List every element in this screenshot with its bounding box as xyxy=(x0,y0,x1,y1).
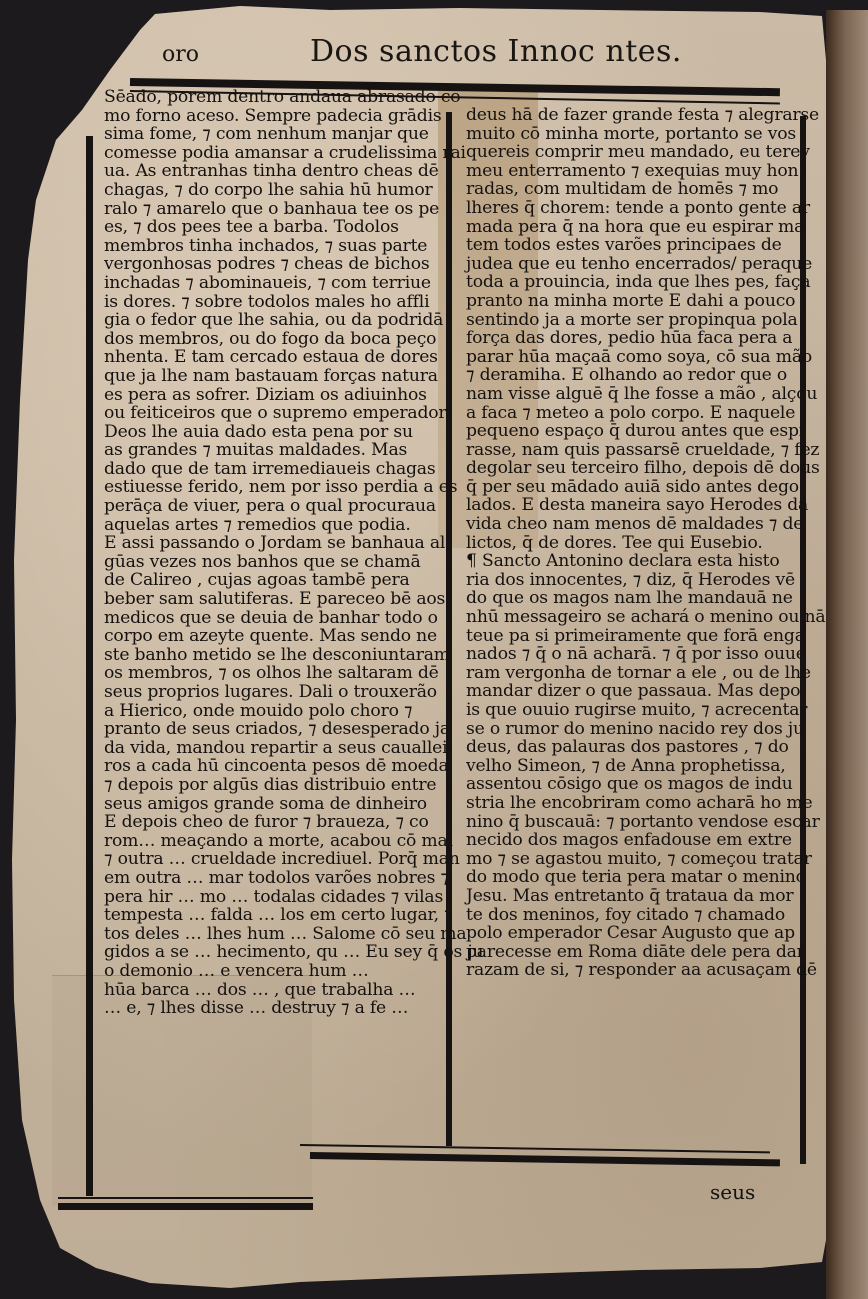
book-page: oro Dos sanctos Innoc ntes. Sēado, porem… xyxy=(0,0,868,1299)
text-line: meu enterramento ⁊ exequias muy hon xyxy=(466,162,791,181)
running-title: Dos sanctos Innoc ntes. xyxy=(310,34,682,69)
text-line: pera hir … mo … todalas cidades ⁊ vilas xyxy=(104,888,444,907)
text-line: vida cheo nam menos dē maldades ⁊ de xyxy=(466,515,791,534)
text-line: te dos meninos, foy citado ⁊ chamado xyxy=(466,906,791,925)
text-line: nhenta. E tam cercado estaua de dores xyxy=(104,348,444,367)
text-line: radas, com multidam de homēs ⁊ mo xyxy=(466,180,791,199)
text-line: deus hā de fazer grande festa ⁊ alegrars… xyxy=(466,106,791,125)
text-line: razam de si, ⁊ responder aa acusaçam dē xyxy=(466,961,791,980)
text-line: … e, ⁊ lhes disse … destruy ⁊ a fe … xyxy=(104,999,444,1018)
text-line: mandar dizer o que passaua. Mas depo xyxy=(466,682,791,701)
text-line: mo forno aceso. Sempre padecia grādis xyxy=(104,107,444,126)
text-line: ros a cada hū cincoenta pesos dē moeda xyxy=(104,757,444,776)
text-line: ua. As entranhas tinha dentro cheas dē xyxy=(104,162,444,181)
text-line: mo ⁊ se agastou muito, ⁊ começou tratar xyxy=(466,850,791,869)
text-line: ⁊ depois por algūs dias distribuio entre xyxy=(104,776,444,795)
text-line: a Hierico, onde mouido polo choro ⁊ xyxy=(104,702,444,721)
text-line: teue pa si primeiramente que forā enga xyxy=(466,627,791,646)
text-line: pranto de seus criados, ⁊ desesperado ja xyxy=(104,720,444,739)
text-line: nam visse alguē q̄ lhe fosse a mão , alç… xyxy=(466,385,791,404)
text-line: os membros, ⁊ os olhos lhe saltaram dē xyxy=(104,664,444,683)
text-line: da vida, mandou repartir a seus cauallei xyxy=(104,739,444,758)
text-line: inchadas ⁊ abominaueis, ⁊ com terriue xyxy=(104,274,444,293)
text-line: ria dos innocentes, ⁊ diz, q̄ Herodes vē xyxy=(466,571,791,590)
text-line: rom… meaçando a morte, acabou cō mal xyxy=(104,832,444,851)
text-line: necido dos magos enfadouse em extre xyxy=(466,831,791,850)
text-line: o demonio … e vencera hum … xyxy=(104,962,444,981)
text-line: gidos a se … hecimento, qu … Eu sey q̄ o… xyxy=(104,943,444,962)
text-line: tos deles … lhes hum … Salome cō seu ma xyxy=(104,925,444,944)
text-line: nhū messageiro se achará o menino ou nā xyxy=(466,608,791,627)
text-line: Sēado, porem dentro andaua abrasado co xyxy=(104,88,444,107)
text-line: sentindo ja a morte ser propinqua pola xyxy=(466,311,791,330)
text-line: E depois cheo de furor ⁊ braueza, ⁊ co xyxy=(104,813,444,832)
text-line: ste banho metido se lhe desconiuntaram xyxy=(104,646,444,665)
text-line: parecesse em Roma diāte dele pera dar xyxy=(466,943,791,962)
text-line: lheres q̄ chorem: tende a ponto gente ar xyxy=(466,199,791,218)
text-line: nino q̄ buscauā: ⁊ portanto vendose esca… xyxy=(466,813,791,832)
text-line: ⁊ outra … crueldade incrediuel. Porq̄ ma… xyxy=(104,850,444,869)
left-border-rule xyxy=(86,136,93,1196)
text-line: medicos que se deuia de banhar todo o xyxy=(104,609,444,628)
text-line: hūa barca … dos … , que trabalha … xyxy=(104,981,444,1000)
text-line: ou feiticeiros que o supremo emperador xyxy=(104,404,444,423)
text-line: seus amigos grande soma de dinheiro xyxy=(104,795,444,814)
text-line: força das dores, pedio hūa faca pera a xyxy=(466,329,791,348)
text-line: gia o fedor que lhe sahia, ou da podridā xyxy=(104,311,444,330)
text-line: Jesu. Mas entretanto q̄ trataua da mor xyxy=(466,887,791,906)
text-line: judea que eu tenho encerrados/ peraque xyxy=(466,255,791,274)
text-line: vergonhosas podres ⁊ cheas de bichos xyxy=(104,255,444,274)
text-line: em outra … mar todolos varões nobres ⁊ xyxy=(104,869,444,888)
text-line: parar hūa maçaā como soya, cō sua mão xyxy=(466,348,791,367)
text-line: que ja lhe nam bastauam forças natura xyxy=(104,367,444,386)
text-line: is que ouuio rugirse muito, ⁊ acrecentar xyxy=(466,701,791,720)
text-line: tem todos estes varões principaes de xyxy=(466,236,791,255)
text-line: pequeno espaço q̄ durou antes que espi xyxy=(466,422,791,441)
text-line: dado que de tam irremediaueis chagas xyxy=(104,460,444,479)
left-text-column: Sēado, porem dentro andaua abrasado como… xyxy=(104,88,444,1018)
right-text-column: deus hā de fazer grande festa ⁊ alegrars… xyxy=(466,106,791,980)
text-line: assentou cōsigo que os magos de indu xyxy=(466,775,791,794)
text-line: do modo que teria pera matar o menino xyxy=(466,868,791,887)
text-line: quereis comprir meu mandado, eu terey xyxy=(466,143,791,162)
text-line: degolar seu terceiro filho, depois dē do… xyxy=(466,459,791,478)
text-line: ralo ⁊ amarelo que o banhaua tee os pe xyxy=(104,200,444,219)
text-line: seus proprios lugares. Dali o trouxerão xyxy=(104,683,444,702)
text-line: a faca ⁊ meteo a polo corpo. E naquele xyxy=(466,404,791,423)
left-bottom-rule-thin xyxy=(58,1197,313,1199)
text-line: q̄ per seu mādado auiā sido antes dego xyxy=(466,478,791,497)
text-line: aquelas artes ⁊ remedios que podia. xyxy=(104,516,444,535)
left-bottom-rule xyxy=(58,1203,313,1210)
text-line: dos membros, ou do fogo da boca peço xyxy=(104,330,444,349)
text-line: nados ⁊ q̄ o nā acharā. ⁊ q̄ por isso ou… xyxy=(466,645,791,664)
text-line: rasse, nam quis passarsē crueldade, ⁊ fe… xyxy=(466,441,791,460)
text-line: ¶ Sancto Antonino declara esta histo xyxy=(466,552,791,571)
text-line: gūas vezes nos banhos que se chamā xyxy=(104,553,444,572)
text-line: membros tinha inchados, ⁊ suas parte xyxy=(104,237,444,256)
text-line: chagas, ⁊ do corpo lhe sahia hū humor xyxy=(104,181,444,200)
text-line: pranto na minha morte E dahi a pouco xyxy=(466,292,791,311)
text-line: sima fome, ⁊ com nenhum manjar que xyxy=(104,125,444,144)
text-line: se o rumor do menino nacido rey dos ju xyxy=(466,720,791,739)
text-line: stria lhe encobriram como acharā ho me xyxy=(466,794,791,813)
text-line: lictos, q̄ de dores. Tee qui Eusebio. xyxy=(466,534,791,553)
text-line: ram vergonha de tornar a ele , ou de lhe xyxy=(466,664,791,683)
text-line: muito cō minha morte, portanto se vos xyxy=(466,125,791,144)
text-line: do que os magos nam lhe mandauā ne xyxy=(466,589,791,608)
text-line: polo emperador Cesar Augusto que ap xyxy=(466,924,791,943)
text-line: velho Simeon, ⁊ de Anna prophetissa, xyxy=(466,757,791,776)
text-line: lados. E desta maneira sayo Herodes da xyxy=(466,496,791,515)
text-line: mada pera q̄ na hora que eu espirar ma xyxy=(466,218,791,237)
text-line: es, ⁊ dos pees tee a barba. Todolos xyxy=(104,218,444,237)
catchword: seus xyxy=(710,1180,755,1204)
text-line: beber sam salutiferas. E pareceo bē aos xyxy=(104,590,444,609)
text-line: es pera as sofrer. Diziam os adiuinhos xyxy=(104,386,444,405)
book-binding-edge xyxy=(826,10,868,1299)
text-line: is dores. ⁊ sobre todolos males ho affli xyxy=(104,293,444,312)
text-line: E assi passando o Jordam se banhaua al xyxy=(104,534,444,553)
text-line: ⁊ deramiha. E olhando ao redor que o xyxy=(466,366,791,385)
text-line: estiuesse ferido, nem por isso perdia a … xyxy=(104,478,444,497)
text-line: deus, das palauras dos pastores , ⁊ do xyxy=(466,738,791,757)
text-line: corpo em azeyte quente. Mas sendo ne xyxy=(104,627,444,646)
text-line: Deos lhe auia dado esta pena por su xyxy=(104,423,444,442)
text-line: as grandes ⁊ muitas maldades. Mas xyxy=(104,441,444,460)
text-line: tempesta … falda … los em certo lugar, ⁊ xyxy=(104,906,444,925)
left-column-separator xyxy=(446,112,452,1146)
text-line: toda a prouincia, inda que lhes pes, faç… xyxy=(466,273,791,292)
running-header: oro Dos sanctos Innoc ntes. xyxy=(0,28,868,78)
folio-fragment: oro xyxy=(162,42,199,67)
text-line: de Calireo , cujas agoas tambē pera xyxy=(104,571,444,590)
bottom-rule xyxy=(310,1152,780,1166)
text-line: comesse podia amansar a crudelissima rai xyxy=(104,144,444,163)
text-line: perāça de viuer, pera o qual procuraua xyxy=(104,497,444,516)
